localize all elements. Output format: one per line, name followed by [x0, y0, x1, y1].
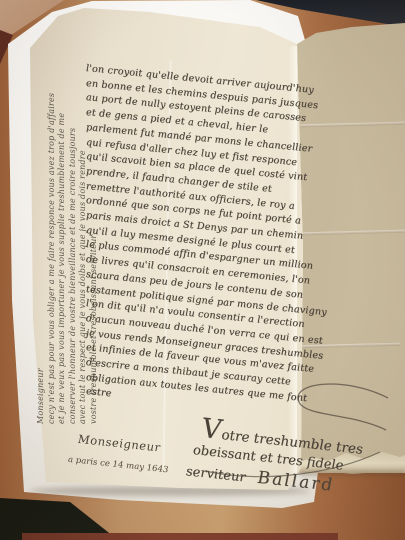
margin-line: et je ne veux pas vous importuner je vou…	[57, 52, 68, 424]
margin-line: cecy n'est pas pour vous obliger a me fa…	[47, 52, 58, 424]
salutation: Monseigneur	[78, 432, 160, 455]
letter-body: l'on croyoit qu'elle devoit arriver aujo…	[86, 62, 304, 421]
margin-line: Monseigneur	[36, 52, 47, 424]
dateline: a paris ce 14 may 1643	[68, 455, 168, 476]
table-edge-strip	[22, 533, 338, 540]
valediction-word: serviteur	[186, 464, 246, 485]
margin-line: conserver l'honneur de vostre bienveilla…	[68, 52, 79, 424]
photo-of-letter: Monseigneur cecy n'est pas pour vous obl…	[0, 0, 405, 540]
